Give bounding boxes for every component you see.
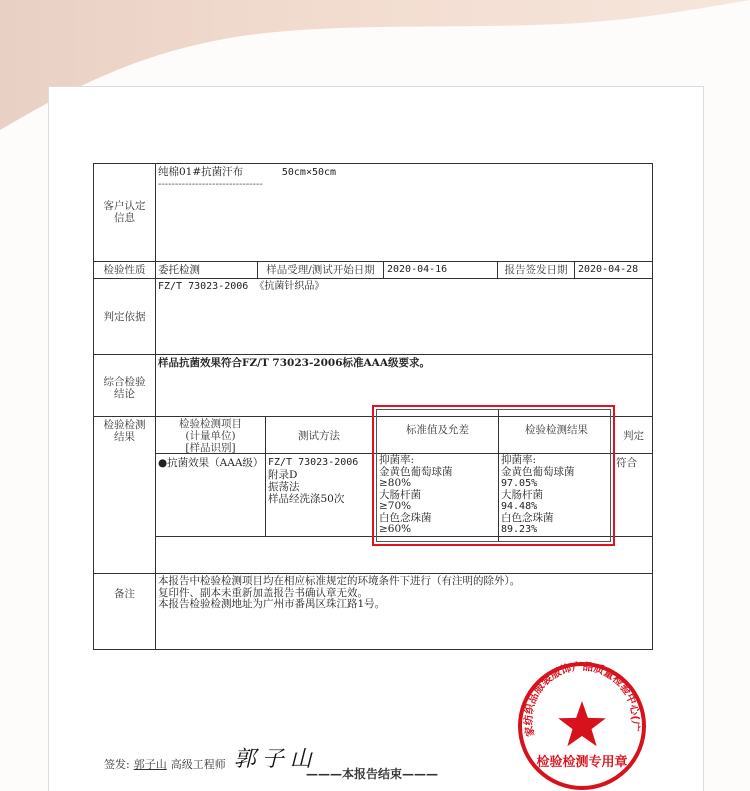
conclusion-value: 样品抗菌效果符合FZ/T 73023-2006标准AAA级要求。	[158, 357, 638, 369]
remarks-label: 备注	[94, 588, 155, 600]
label-line: 结论	[94, 388, 155, 400]
label-line: 客户认定	[94, 200, 155, 212]
label-line: 检验检测	[94, 419, 155, 431]
remarks-text: 本报告中检验检测项目均在相应标准规定的环境条件下进行（有注明的除外）。 复印件、…	[158, 576, 648, 611]
signature-row: 签发: 郭子山 高级工程师 郭子山	[104, 748, 318, 779]
report-end-text: ———本报告结束———	[306, 765, 438, 782]
remark-line: 本报告中检验检测项目均在相应标准规定的环境条件下进行（有注明的除外）。	[158, 576, 648, 588]
conclusion-label: 综合检验 结论	[94, 376, 155, 400]
results-label: 检验检测 结果	[94, 419, 155, 443]
highlight-box	[372, 405, 615, 546]
remark-line: 本报告检验检测地址为广州市番禺区珠江路1号。	[158, 599, 648, 611]
col-divider	[383, 261, 384, 278]
method-line: 样品经洗涤50次	[268, 493, 372, 505]
basis-value: FZ/T 73023-2006 《抗菌针织品》	[158, 281, 638, 293]
method-line: 附录D	[268, 469, 372, 481]
sample-size: 50cm×50cm	[282, 167, 336, 178]
basis-label: 判定依据	[94, 311, 155, 323]
row-divider	[93, 354, 653, 355]
method-line: 振荡法	[268, 481, 372, 493]
row-divider	[93, 261, 653, 262]
col-divider	[574, 261, 575, 278]
issue-date: 2020-04-28	[578, 264, 652, 276]
customer-info-label: 客户认定 信息	[94, 200, 155, 224]
method-line: FZ/T 73023-2006	[268, 457, 372, 469]
header-method: 测试方法	[266, 430, 372, 442]
received-date: 2020-04-16	[387, 264, 495, 276]
inspection-type-value: 委托检测	[158, 264, 256, 276]
row-divider	[93, 573, 653, 574]
received-date-label: 样品受理/测试开始日期	[258, 264, 383, 276]
header-line: [样品识别]	[156, 442, 265, 454]
dash-line: -------------------------------	[158, 179, 638, 191]
customer-info-value: 纯棉01#抗菌汗布 50cm×50cm --------------------…	[158, 166, 638, 191]
label-line: 综合检验	[94, 376, 155, 388]
header-judgement: 判定	[615, 430, 652, 442]
issue-date-label: 报告签发日期	[498, 264, 574, 276]
signer-name: 郭子山	[134, 756, 167, 772]
label-line: 信息	[94, 212, 155, 224]
row-divider	[93, 278, 653, 279]
result-method: FZ/T 73023-2006 附录D 振荡法 样品经洗涤50次	[268, 457, 372, 505]
sample-name: 纯棉01#抗菌汗布	[158, 166, 243, 178]
header-item: 检验检测项目 (计量单位) [样品识别]	[156, 418, 265, 454]
inspection-type-label: 检验性质	[94, 264, 155, 276]
star-icon	[558, 701, 606, 746]
result-item: ●抗菌效果（AAA级）	[158, 457, 265, 469]
header-line: 检验检测项目	[156, 418, 265, 430]
header-line: (计量单位)	[156, 430, 265, 442]
result-judgement: 符合	[616, 457, 652, 469]
label-line: 结果	[94, 431, 155, 443]
col-divider	[155, 163, 156, 650]
stamp-bottom-text: 检验检测专用章	[536, 754, 627, 770]
signer-title: 高级工程师	[171, 756, 226, 772]
official-stamp: 国家纺织品服装服饰产品质量检验中心(广州) 检验检测专用章	[512, 656, 652, 791]
signature-prefix: 签发:	[104, 756, 130, 772]
